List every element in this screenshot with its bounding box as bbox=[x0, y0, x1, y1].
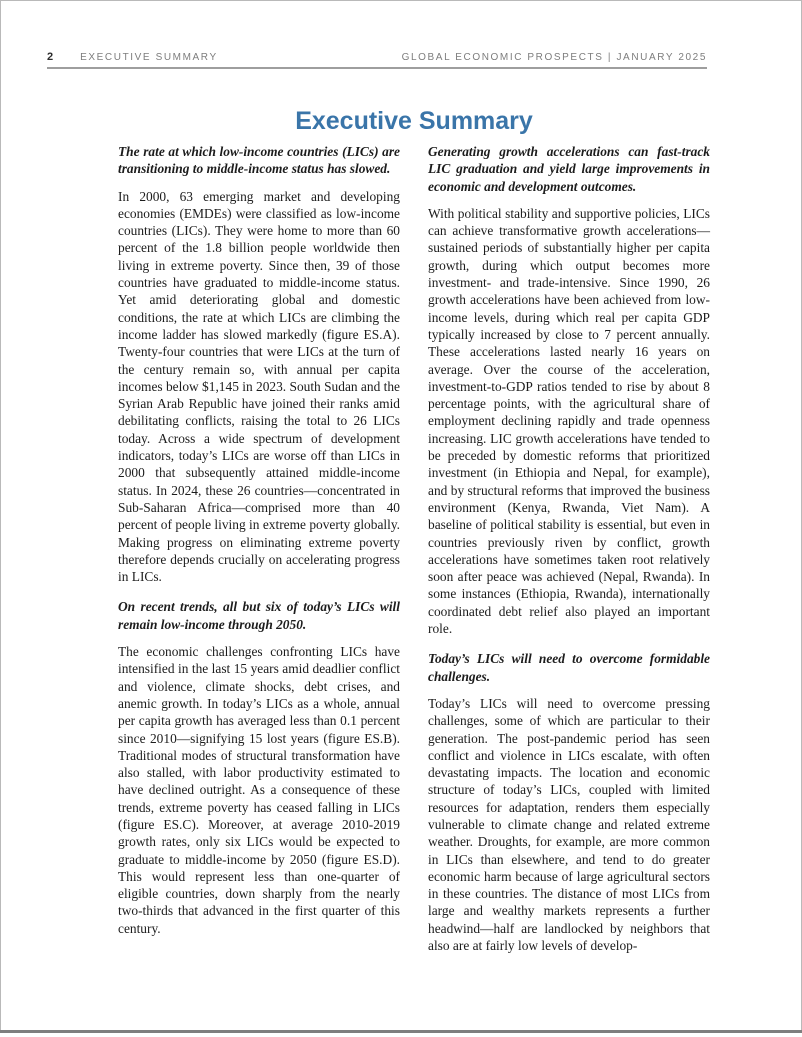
header-rule bbox=[47, 67, 707, 69]
header-report-label: GLOBAL ECONOMIC PROSPECTS | JANUARY 2025 bbox=[402, 52, 707, 63]
page-bottom-edge bbox=[0, 1030, 802, 1033]
section-paragraph: With political stability and supportive … bbox=[428, 205, 710, 637]
header-section-label: EXECUTIVE SUMMARY bbox=[80, 52, 218, 63]
section-paragraph: In 2000, 63 emerging market and developi… bbox=[118, 188, 400, 586]
left-column: The rate at which low-income countries (… bbox=[118, 143, 400, 967]
right-column: Generating growth accelerations can fast… bbox=[428, 143, 710, 967]
section-heading: On recent trends, all but six of today’s… bbox=[118, 598, 400, 633]
section-heading: Generating growth accelerations can fast… bbox=[428, 143, 710, 195]
running-header: 2 EXECUTIVE SUMMARY GLOBAL ECONOMIC PROS… bbox=[47, 51, 707, 63]
section-heading: The rate at which low-income countries (… bbox=[118, 143, 400, 178]
page-title: Executive Summary bbox=[118, 107, 710, 136]
section-paragraph: The economic challenges confronting LICs… bbox=[118, 643, 400, 937]
two-column-body: The rate at which low-income countries (… bbox=[118, 143, 710, 967]
page-number: 2 bbox=[47, 51, 53, 63]
section-paragraph: Today’s LICs will need to overcome press… bbox=[428, 695, 710, 954]
section-heading: Today’s LICs will need to overcome formi… bbox=[428, 650, 710, 685]
